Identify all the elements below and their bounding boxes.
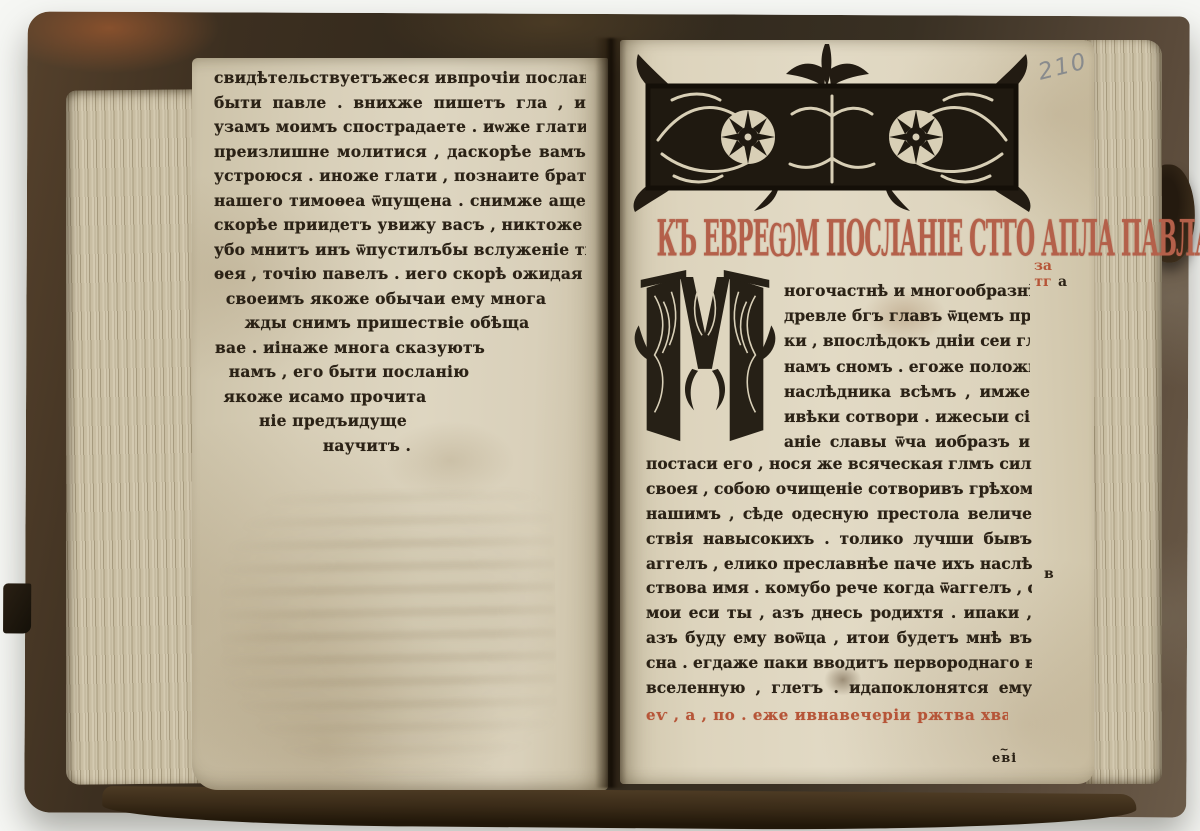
text-line: скорѣе приидетъ увижу васъ , никтоже бо [214,213,586,238]
text-line: научитъ . [214,434,520,459]
text-line: своеимъ якоже обычаи ему многа [214,287,558,312]
pencil-folio-number: 210 [1036,48,1091,85]
text-line: аніе славы ѿча иобразъ и [784,429,1030,454]
text-line: аггелъ , елико преславнѣе паче ихъ наслѣ… [646,552,1032,577]
text-line: нашимъ , сѣде одесную престола величе [646,502,1032,527]
headpiece-woodcut-ornament [628,42,1036,212]
left-page-text: свидѣтельствуетъжеся ивпрочіи посланіи б… [214,66,586,458]
margin-letter-v: в [1044,566,1054,582]
text-line: азъ буду ему воѿца , итои будетъ мнѣ въ [646,626,1032,651]
margin-note-black: а [1058,274,1067,290]
text-line: сна . егдаже паки вводитъ первороднаго в… [646,651,1032,676]
text-line: вселенную , глетъ . идапоклонятся ему [646,676,1032,701]
text-line: ствова имя . комубо рече когда ѿаггелъ ,… [646,576,1032,601]
text-line: мои еси ты , азъ днесь родихтя . ипаки , [646,601,1032,626]
right-page-text-beside-initial: ногочастнѣ и многообразнѣ древле бгъ гла… [784,278,1030,454]
text-line: ѳея , точію павелъ . иего скорѣ ожидая , [214,262,586,287]
initial-letter-M-woodcut [636,272,774,448]
rubric-red-line: еѵ , а , по . еже ивнавечеріи ржтва хва [646,706,1008,724]
text-line: намъ сномъ . егоже положи [784,354,1030,379]
text-line: ногочастнѣ и многообразнѣ [784,278,1030,303]
text-line: ки , впослѣдокъ дніи сеи гла [784,328,1030,353]
text-line: постаси его , нося же всяческая глмъ сил… [646,452,1032,477]
left-page: свидѣтельствуетъжеся ивпрочіи посланіи б… [192,58,608,790]
zachalo-abbrev: за [1026,258,1060,274]
text-line: намъ , его быти посланію [214,360,484,385]
right-page: КЪ ЕВРЕѠМ ПОСЛАНІЕ СТГО АПЛА ПАВЛА [620,40,1094,784]
quire-signature: ~ еві [992,746,1017,764]
text-line: ніе предъидуще [214,409,452,434]
page-block-bottom-edge [102,786,1136,831]
text-line: ивѣки сотвори . ижесыи сі [784,404,1030,429]
quire-signature-text: еві [992,751,1017,766]
text-line: преизлишне молитися , даскорѣе вамъ [214,140,586,165]
right-page-text-full: постаси его , нося же всяческая глмъ сил… [646,452,1032,701]
text-line: древле бгъ главъ ѿцемъ прро [784,303,1030,328]
text-line: жды снимъ пришествіе обѣща [214,311,560,336]
page-block-foredge-right [1086,40,1162,784]
zachalo-number: тг [1026,274,1060,290]
text-line: устроюся . иноже глати , познаите брата [214,164,586,189]
clasp-remnant-left [3,583,31,633]
text-line: ствія навысокихъ . толико лучши бывъ [646,527,1032,552]
photo-backdrop: свидѣтельствуетъжеся ивпрочіи посланіи б… [0,0,1200,831]
chapter-title-vyaz: КЪ ЕВРЕѠМ ПОСЛАНІЕ СТГО АПЛА ПАВЛА [657,212,1004,269]
show-through-text [217,485,558,781]
text-line: свидѣтельствуетъжеся ивпрочіи посланіи [214,66,586,91]
text-line: своея , собою очищеніе сотворивъ грѣхомъ [646,477,1032,502]
text-line: убо мнитъ инъ ѿпустилъбы вслуженіе тимо [214,238,586,263]
text-line: якоже исамо прочита [214,385,436,410]
text-line: быти павле . внихже пишетъ гла , и [214,91,586,116]
text-line: нашего тимоѳеа ѿпущена . снимже аще [214,189,586,214]
text-line: вае . иінаже многа сказуютъ [214,336,486,361]
text-line: узамъ моимъ спострадаете . иѡже глати [214,115,586,140]
margin-zachalo-mark: за тг а [1026,258,1060,290]
page-block-foredge-left [66,89,204,784]
text-line: наслѣдника всѣмъ , имже [784,379,1030,404]
